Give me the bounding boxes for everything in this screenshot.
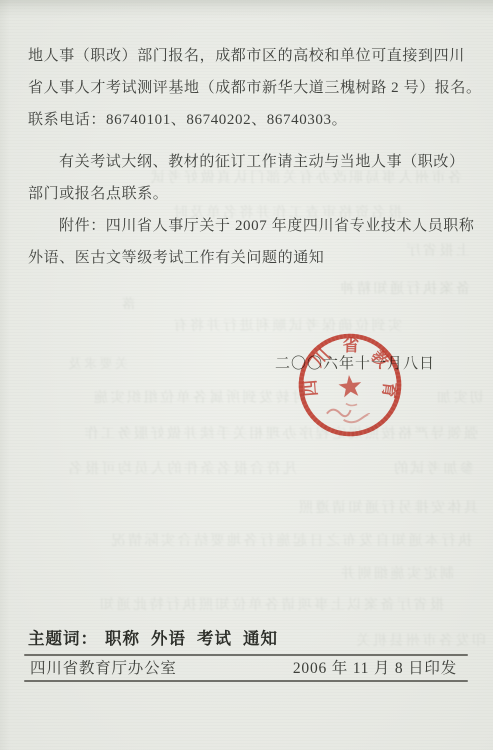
- keyword: 考试: [197, 626, 232, 652]
- bleedthrough-text: 参加考试的: [378, 461, 474, 478]
- bleedthrough-text: 具体安排另行通知请遵照: [232, 500, 478, 517]
- divider-rule-bottom: [24, 680, 468, 682]
- print-date: 2006 年 11 月 8 日印发: [293, 658, 457, 680]
- seal-star-icon: [338, 374, 363, 398]
- issuing-office: 四川省教育厅办公室: [30, 658, 177, 680]
- bleedthrough-text: 制定实施细则并: [292, 566, 454, 583]
- bleedthrough-text: 关要求及: [50, 355, 128, 372]
- attachment-line: 附件：四川省人事厅关于 2007 年度四川省专业技术人员职称: [28, 210, 465, 242]
- document-body: 地人事（职改）部门报名，成都市区的高校和单位可直接到四川 省人事人才考试测评基地…: [28, 40, 465, 274]
- keyword: 通知: [243, 626, 278, 652]
- bleedthrough-text: 时转发到所属各单位组织实施: [50, 390, 306, 407]
- bleedthrough-text: 执行本通知自发布之日起施行各地要结合实际情况: [60, 533, 472, 550]
- bleedthrough-text: 报省厅备案以上事项请各单位知照执行特此通知: [28, 597, 444, 614]
- body-line: 有关考试大纲、教材的征订工作请主动与当地人事（职改）: [28, 146, 465, 178]
- seal-smudge: [327, 408, 352, 418]
- bleedthrough-text: 落: [113, 295, 135, 312]
- seal-arc-text: 四川省教育厅: [294, 329, 402, 411]
- body-line: 地人事（职改）部门报名，成都市区的高校和单位可直接到四川: [28, 40, 465, 72]
- issuer-row: 四川省教育厅办公室 2006 年 11 月 8 日印发: [30, 658, 457, 680]
- bleedthrough-text: 印发各市州县机关: [300, 633, 486, 650]
- keyword: 职称: [105, 626, 140, 652]
- seal-smudge: [346, 402, 357, 406]
- bleedthrough-text: 切实加: [428, 390, 484, 407]
- seal-arc-text-holder: 四川省教育厅: [294, 329, 402, 411]
- contact-phone-line: 联系电话：86740101、86740202、86740303。: [28, 104, 465, 136]
- divider-rule-top: [24, 654, 468, 656]
- body-line: 部门或报名点联系。: [28, 178, 465, 210]
- scanned-document-page: 各市州人事局职改办有关部门认真做好考试报名资格审查工作并将名单及时上报省厅备案执…: [0, 0, 493, 750]
- keyword: 外语: [151, 626, 186, 652]
- attachment-line: 外语、医古文等级考试工作有关问题的通知: [28, 242, 465, 274]
- bleedthrough-text: 备案执行通知精神: [334, 281, 470, 298]
- body-line: 省人事人才考试测评基地（成都市新华大道三槐树路 2 号）报名。: [28, 72, 465, 104]
- bleedthrough-text: 凡符合报名条件的人员均可报名: [25, 461, 297, 478]
- bleedthrough-text: 强领导严格按照规定程序办理相关手续并做好服务工作: [38, 426, 478, 443]
- official-seal: 四川省教育厅: [294, 329, 406, 441]
- subject-label: 主题词：: [28, 626, 98, 652]
- subject-keywords-row: 主题词： 职称 外语 考试 通知: [28, 626, 278, 652]
